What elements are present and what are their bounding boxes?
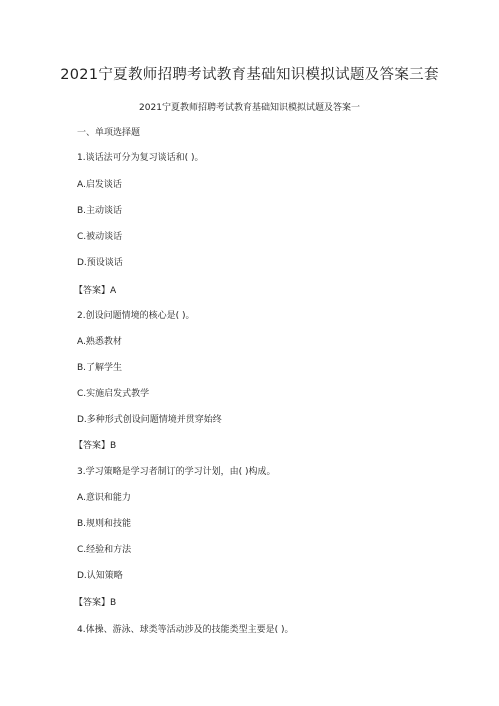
- option-d: D.认知策略: [77, 570, 123, 582]
- option-b: B.规则和技能: [77, 518, 131, 530]
- answer-line: 【答案】A: [74, 285, 116, 297]
- option-b: B.主动谈话: [77, 205, 122, 217]
- question-stem: 4.体操、游泳、球类等活动涉及的技能类型主要是( )。: [77, 624, 293, 636]
- section-heading: 一、单项选择题: [77, 127, 140, 139]
- document-title: 2021宁夏教师招聘考试教育基础知识模拟试题及答案三套: [0, 63, 499, 84]
- answer-line: 【答案】B: [74, 440, 116, 452]
- document-subtitle: 2021宁夏教师招聘考试教育基础知识模拟试题及答案一: [0, 100, 499, 113]
- question-stem: 2.创设问题情境的核心是( )。: [77, 310, 194, 322]
- option-d: D.预设谈话: [77, 257, 123, 269]
- option-c: C.实施启发式教学: [77, 388, 149, 400]
- question-stem: 1.谈话法可分为复习谈话和( )。: [77, 152, 203, 164]
- option-b: B.了解学生: [77, 362, 122, 374]
- answer-line: 【答案】B: [74, 597, 116, 609]
- option-d: D.多种形式创设问题情境并贯穿始终: [77, 414, 222, 426]
- question-stem: 3.学习策略是学习者制订的学习计划，由( )构成。: [77, 466, 275, 478]
- option-c: C.经验和方法: [77, 544, 131, 556]
- option-a: A.熟悉教材: [77, 336, 122, 348]
- option-a: A.意识和能力: [77, 492, 131, 504]
- option-a: A.启发谈话: [77, 179, 122, 191]
- option-c: C.被动谈话: [77, 231, 122, 243]
